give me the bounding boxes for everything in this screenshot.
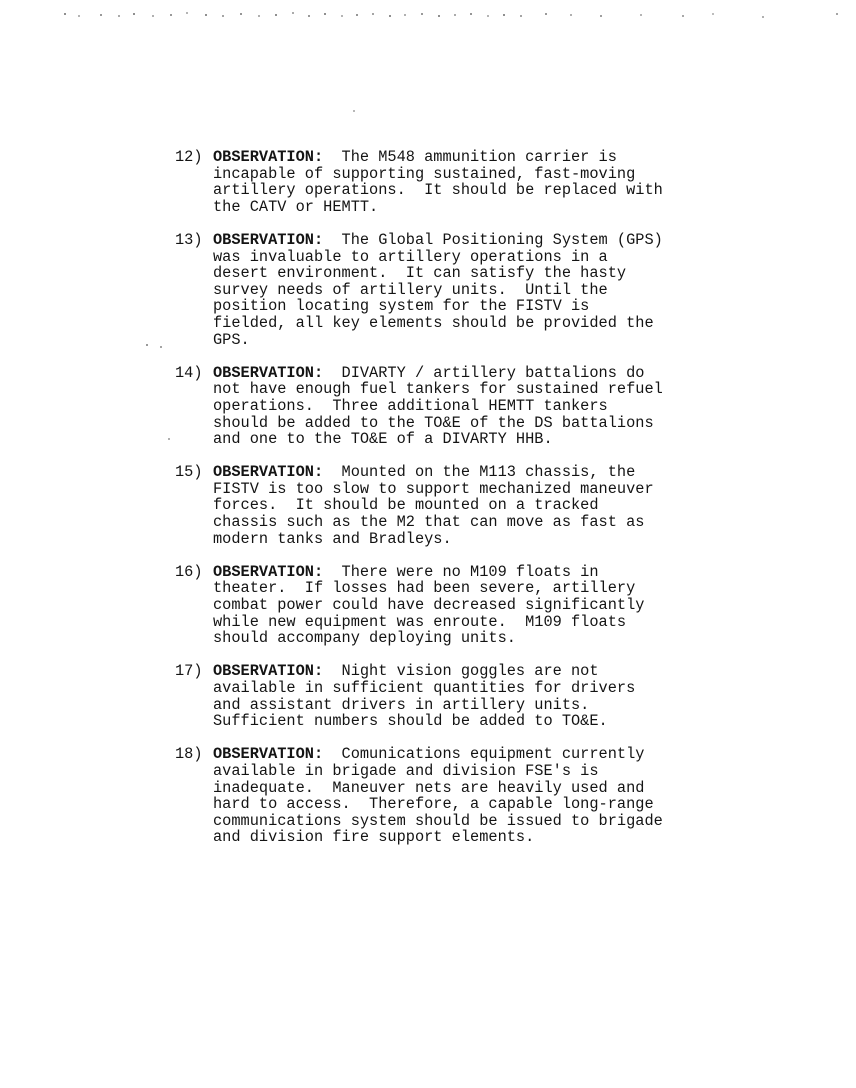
observation-item: 16) OBSERVATION: There were no M109 floa… xyxy=(175,564,663,647)
observation-label: OBSERVATION: xyxy=(213,231,323,249)
observation-label: OBSERVATION: xyxy=(213,563,323,581)
observation-text: OBSERVATION: The Global Positioning Syst… xyxy=(213,232,663,348)
observation-label: OBSERVATION: xyxy=(213,745,323,763)
observation-text: OBSERVATION: The M548 ammunition carrier… xyxy=(213,149,663,215)
observation-label: OBSERVATION: xyxy=(213,463,323,481)
observation-text: OBSERVATION: Mounted on the M113 chassis… xyxy=(213,464,654,547)
observation-item: 14) OBSERVATION: DIVARTY / artillery bat… xyxy=(175,365,663,448)
document-page: 12) OBSERVATION: The M548 ammunition car… xyxy=(0,0,856,1088)
observation-label: OBSERVATION: xyxy=(213,148,323,166)
observation-item: 18) OBSERVATION: Comunications equipment… xyxy=(175,746,663,846)
observation-number: 15) xyxy=(175,464,213,547)
observation-label: OBSERVATION: xyxy=(213,364,323,382)
observation-text: OBSERVATION: Night vision goggles are no… xyxy=(213,663,635,729)
observation-item: 15) OBSERVATION: Mounted on the M113 cha… xyxy=(175,464,663,547)
observation-number: 13) xyxy=(175,232,213,348)
observation-number: 17) xyxy=(175,663,213,729)
observation-number: 14) xyxy=(175,365,213,448)
observation-body: The Global Positioning System (GPS) was … xyxy=(213,231,663,349)
observation-item: 17) OBSERVATION: Night vision goggles ar… xyxy=(175,663,663,729)
observation-item: 12) OBSERVATION: The M548 ammunition car… xyxy=(175,149,663,215)
observation-text: OBSERVATION: There were no M109 floats i… xyxy=(213,564,644,647)
observation-text: OBSERVATION: DIVARTY / artillery battali… xyxy=(213,365,663,448)
observation-item: 13) OBSERVATION: The Global Positioning … xyxy=(175,232,663,348)
observation-number: 16) xyxy=(175,564,213,647)
observation-number: 12) xyxy=(175,149,213,215)
observation-label: OBSERVATION: xyxy=(213,662,323,680)
observation-number: 18) xyxy=(175,746,213,846)
observations-list: 12) OBSERVATION: The M548 ammunition car… xyxy=(175,149,663,846)
scan-noise-band xyxy=(0,0,2,2)
observation-text: OBSERVATION: Comunications equipment cur… xyxy=(213,746,663,846)
